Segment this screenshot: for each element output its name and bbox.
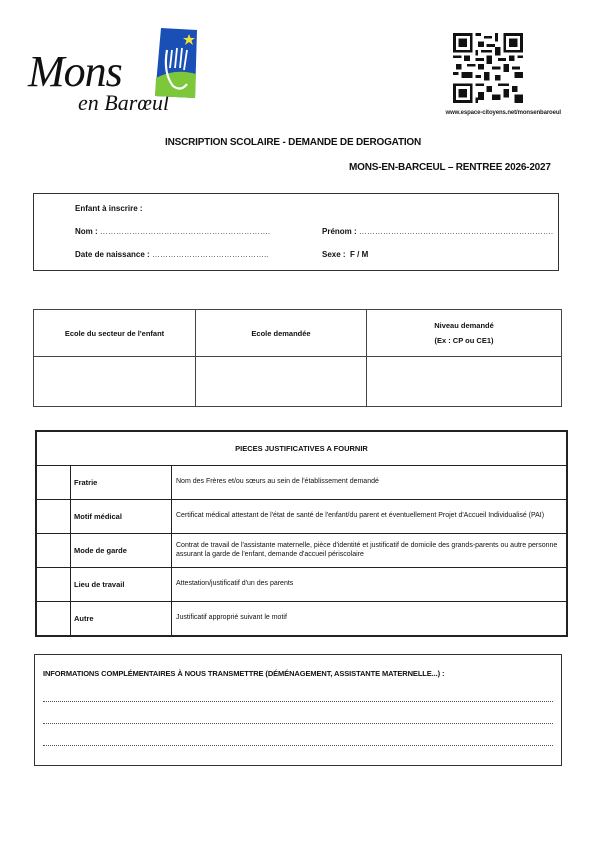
row-description: Justificatif approprié suivant le motif <box>172 602 568 637</box>
checkbox-autre[interactable] <box>36 602 71 637</box>
requested-school-input[interactable] <box>196 357 367 407</box>
school-header-sector: Ecole du secteur de l'enfant <box>34 310 196 357</box>
additional-info-line-2[interactable] <box>43 723 553 724</box>
row-label: Lieu de travail <box>71 568 172 602</box>
sector-school-input[interactable] <box>34 357 196 407</box>
checkbox-motif-medical[interactable] <box>36 500 71 534</box>
row-description: Certificat médical attestant de l'état d… <box>172 500 568 534</box>
qr-url-text[interactable]: www.espace-citoyens.net/monsenbaroeul <box>415 110 561 116</box>
requested-level-input[interactable] <box>367 357 562 407</box>
table-row: Mode de garde Contrat de travail de l'as… <box>36 534 567 568</box>
logo-mons-text: Mons <box>28 50 122 94</box>
dob-field[interactable]: Date de naissance : …………………………………….. <box>75 250 268 259</box>
qr-code-icon[interactable] <box>453 33 523 103</box>
row-label: Fratrie <box>71 466 172 500</box>
checkbox-lieu-de-travail[interactable] <box>36 568 71 602</box>
row-description: Nom des Frères et/ou sœurs au sein de l'… <box>172 466 568 500</box>
prenom-field[interactable]: Prénom : ………………………………………………………………. <box>322 227 553 236</box>
additional-info-section: INFORMATIONS COMPLÉMENTAIRES À NOUS TRAN… <box>34 654 562 766</box>
prenom-input[interactable]: ………………………………………………………………. <box>359 227 553 236</box>
documents-table: PIECES JUSTIFICATIVES A FOURNIR Fratrie … <box>35 430 568 637</box>
checkbox-fratrie[interactable] <box>36 466 71 500</box>
school-header-level: Niveau demandé (Ex : CP ou CE1) <box>367 310 562 357</box>
child-section-label: Enfant à inscrire : <box>75 204 143 213</box>
table-row: Lieu de travail Attestation/justificatif… <box>36 568 567 602</box>
dob-input[interactable]: …………………………………….. <box>152 250 268 259</box>
prenom-label: Prénom : <box>322 227 357 236</box>
table-row: Motif médical Certificat médical attesta… <box>36 500 567 534</box>
mons-en-baroeul-emblem-icon <box>155 28 197 98</box>
sexe-field[interactable]: Sexe : F / M <box>322 250 368 259</box>
nom-input[interactable]: ………………………………………………………. <box>100 227 270 236</box>
school-header-requested: Ecole demandée <box>196 310 367 357</box>
row-description: Contrat de travail de l'assistante mater… <box>172 534 568 568</box>
school-table: Ecole du secteur de l'enfant Ecole deman… <box>33 309 562 407</box>
additional-info-title: INFORMATIONS COMPLÉMENTAIRES À NOUS TRAN… <box>43 669 444 678</box>
table-row: Autre Justificatif approprié suivant le … <box>36 602 567 637</box>
additional-info-line-3[interactable] <box>43 745 553 746</box>
sexe-label: Sexe : <box>322 250 346 259</box>
child-info-section: Enfant à inscrire : Nom : ……………………………………… <box>33 193 559 271</box>
table-row: Fratrie Nom des Frères et/ou sœurs au se… <box>36 466 567 500</box>
level-example: (Ex : CP ou CE1) <box>368 336 560 345</box>
document-subtitle: MONS-EN-BARCEUL – RENTREE 2026-2027 <box>349 162 551 173</box>
document-title: INSCRIPTION SCOLAIRE - DEMANDE DE DEROGA… <box>165 137 421 148</box>
row-label: Mode de garde <box>71 534 172 568</box>
row-label: Motif médical <box>71 500 172 534</box>
documents-table-title: PIECES JUSTIFICATIVES A FOURNIR <box>36 431 567 466</box>
row-label: Autre <box>71 602 172 637</box>
additional-info-line-1[interactable] <box>43 701 553 702</box>
nom-label: Nom : <box>75 227 98 236</box>
checkbox-mode-de-garde[interactable] <box>36 534 71 568</box>
nom-field[interactable]: Nom : ………………………………………………………. <box>75 227 270 236</box>
dob-label: Date de naissance : <box>75 250 150 259</box>
row-description: Attestation/justificatif d'un des parent… <box>172 568 568 602</box>
sexe-options[interactable]: F / M <box>350 250 368 259</box>
level-header-label: Niveau demandé <box>368 321 560 330</box>
